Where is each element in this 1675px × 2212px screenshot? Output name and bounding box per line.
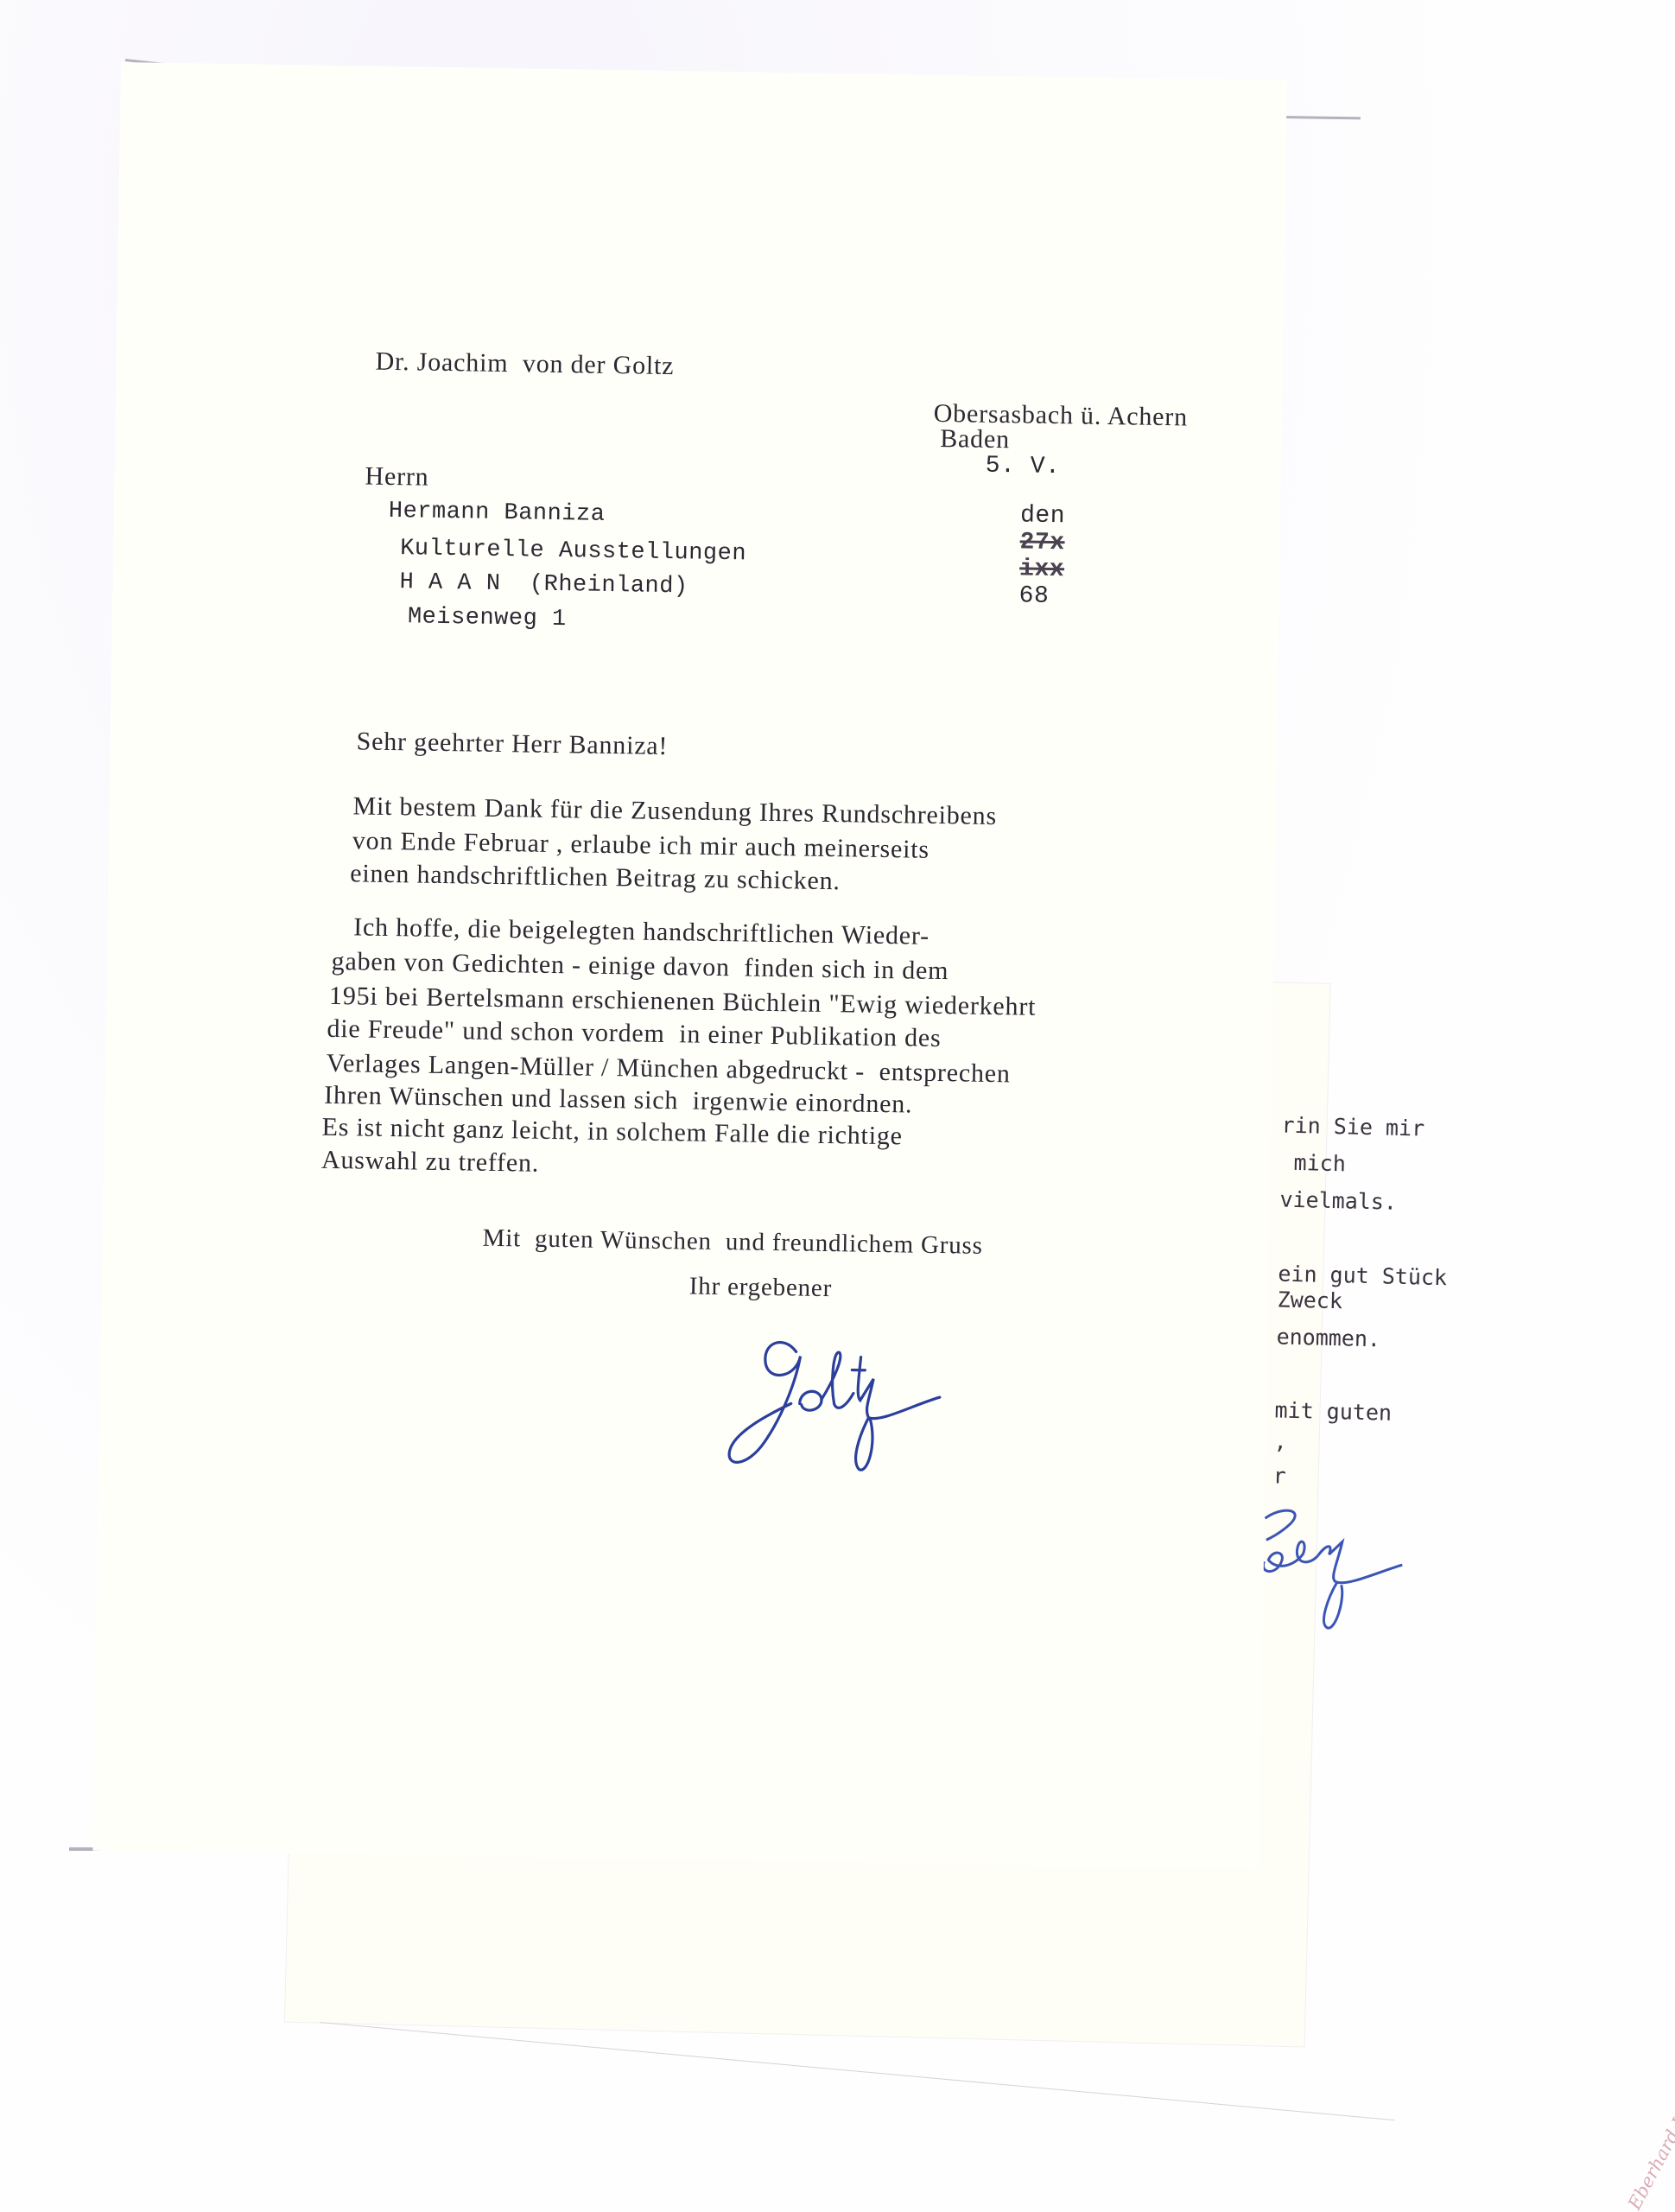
back-page-signature-icon	[1253, 1501, 1412, 1643]
closing-line: Mit guten Wünschen und freundlichem Grus…	[482, 1224, 983, 1261]
place-line-2: Baden	[940, 424, 1010, 454]
sender-name: Dr. Joachim von der Goltz	[375, 347, 674, 381]
closing-sign-off: Ihr ergebener	[689, 1273, 833, 1304]
date-line: den 27x ixx 68	[959, 474, 1066, 637]
signature-icon	[712, 1329, 956, 1479]
paragraph-line: gaben von Gedichten - einige davon finde…	[331, 947, 949, 986]
greeting: Sehr geehrter Herr Banniza!	[356, 727, 668, 761]
back-page-line: mich	[1280, 1150, 1346, 1177]
recipient-street: Meisenweg 1	[408, 604, 567, 632]
date-prefix: den	[1020, 502, 1065, 530]
back-page-line: mit guten	[1274, 1397, 1392, 1425]
paragraph-line: Es ist nicht ganz leicht, in solchem Fal…	[321, 1113, 903, 1152]
date-struck-month: ixx	[1019, 556, 1064, 583]
back-page-line: enommen.	[1276, 1324, 1380, 1351]
paragraph-line: Mit bestem Dank für die Zusendung Ihres …	[352, 791, 997, 831]
recipient-name: Hermann Banniza	[389, 499, 606, 528]
paragraph-line: die Freude" und schon vordem in einer Pu…	[327, 1014, 942, 1053]
paragraph-line: einen handschriftlichen Beitrag zu schic…	[350, 859, 841, 896]
back-page-line: Zweck	[1277, 1287, 1342, 1313]
date-year: 68	[1018, 582, 1049, 610]
date-struck-day: 27x	[1019, 529, 1064, 556]
back-page-line: vielmals.	[1279, 1186, 1397, 1214]
recipient-organization: Kulturelle Ausstellungen	[400, 536, 746, 567]
paragraph-line: Ich hoffe, die beigelegten handschriftli…	[332, 912, 929, 951]
recipient-salutation: Herrn	[365, 461, 428, 492]
paragraph-line: von Ende Februar , erlaube ich mir auch …	[352, 826, 930, 864]
back-page-line: rin Sie mir	[1281, 1113, 1424, 1141]
paragraph-line: Auswahl zu treffen.	[321, 1146, 540, 1179]
back-page-line: r	[1272, 1463, 1286, 1488]
back-page-line: ,	[1273, 1428, 1287, 1453]
back-page-line: ein gut Stück	[1278, 1261, 1447, 1290]
recipient-city: H A A N (Rheinland)	[399, 569, 688, 600]
letter-page: Dr. Joachim von der Goltz Obersasbach ü.…	[92, 62, 1286, 1869]
